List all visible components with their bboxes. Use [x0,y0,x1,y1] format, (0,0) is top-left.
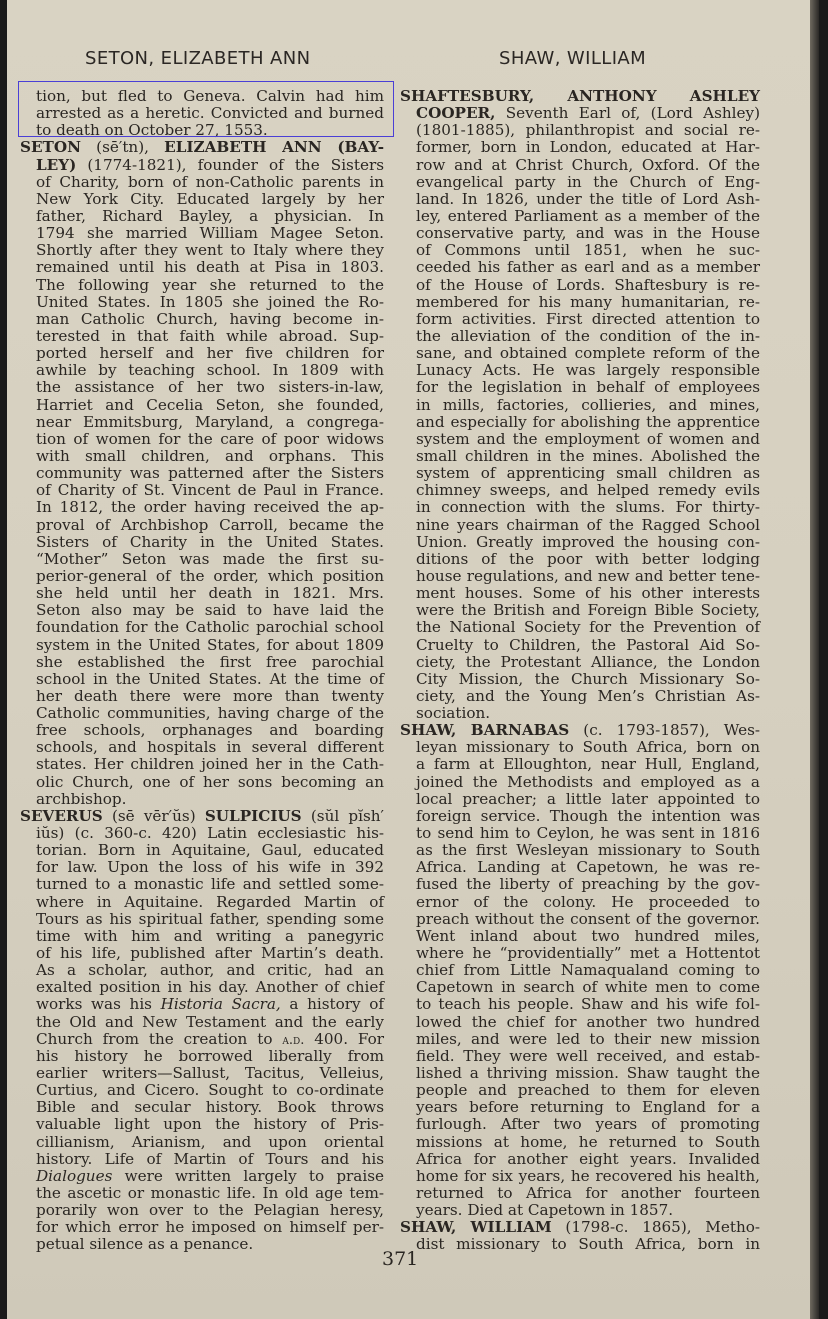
text-line: The following year she returned to the [20,277,384,294]
entry-shaw-william: SHAW, WILLIAM (1798-c. 1865), Metho- dis… [400,1219,760,1253]
text-line: foreign service. Though the intention wa… [400,808,760,825]
text-line: COOPER, Seventh Earl of, (Lord Ashley) [400,105,760,122]
text-line: chief from Little Namaqualand coming to [400,962,760,979]
text-line: exalted position in his day. Another of … [20,979,384,996]
text-line: in connection with the slums. For thirty… [400,499,760,516]
text-line: with small children, and orphans. This [20,448,384,465]
text-line: her death there were more than twenty [20,688,384,705]
text-line: Went inland about two hundred miles, [400,928,760,945]
entry-headword: SETON [20,138,81,156]
page-number: 371 [382,1248,418,1270]
text-line: missions at home, he returned to South [400,1134,760,1151]
entry-heading-line: SHAW, BARNABAS (c. 1793-1857), Wes- [400,722,760,739]
text-line: LEY) (1774-1821), founder of the Sisters [20,157,384,174]
text-line: of Charity of St. Vincent de Paul in Fra… [20,482,384,499]
entry-shaftesbury: SHAFTESBURY, ANTHONY ASHLEY COOPER, Seve… [400,88,760,722]
text-line: land. In 1826, under the title of Lord A… [400,191,760,208]
pronunciation: (sē′tn), [81,138,164,156]
highlighted-continuation: tion, but fled to Geneva. Calvin had him… [20,88,384,139]
text-line: history. Life of Martin of Tours and his [20,1151,384,1168]
text-line: home for six years, he recovered his hea… [400,1168,760,1185]
text-line: archbishop. [20,791,384,808]
text-line: Church from the creation to a.d. 400. Fo… [20,1031,384,1048]
text-line: leyan missionary to South Africa, born o… [400,739,760,756]
text-line: of Charity, born of non-Catholic parents… [20,174,384,191]
text-line: system of apprenticing small children as [400,465,760,482]
text-line: Africa for another eight years. Invalide… [400,1151,760,1168]
text-line: man Catholic Church, having become in- [20,311,384,328]
text-line: nine years chairman of the Ragged School [400,517,760,534]
text-line: to send him to Ceylon, he was sent in 18… [400,825,760,842]
text-line: As a scholar, author, and critic, had an [20,962,384,979]
text-line: earlier writers—Sallust, Tacitus, Vellei… [20,1065,384,1082]
text-line: Cruelty to Children, the Pastoral Aid So… [400,637,760,654]
text-line: ment houses. Some of his other interests [400,585,760,602]
running-head-right: SHAW, WILLIAM [499,48,646,69]
text-line: were the British and Foreign Bible Socie… [400,602,760,619]
text-line: row and at Christ Church, Oxford. Of the [400,157,760,174]
text-line: where he “providentially” met a Hottento… [400,945,760,962]
entry-heading-line: SEVERUS (sē vēr′ŭs) SULPICIUS (sŭl pĭsh′ [20,808,384,825]
running-head-left: SETON, ELIZABETH ANN [85,48,310,69]
text-line: City Mission, the Church Missionary So- [400,671,760,688]
text-line: form activities. First directed attentio… [400,311,760,328]
text-line: Bible and secular history. Book throws [20,1099,384,1116]
text-line: (1801-1885), philanthropist and social r… [400,122,760,139]
entry-headword: SHAW, BARNABAS [400,721,569,739]
text-line: ciety, the Protestant Alliance, the Lond… [400,654,760,671]
text-line: Catholic communities, having charge of t… [20,705,384,722]
text-line: system in the United States, for about 1… [20,637,384,654]
text-line: lowed the chief for another two hundred [400,1014,760,1031]
text-line: foundation for the Catholic parochial sc… [20,619,384,636]
text-line: for the legislation in behalf of employe… [400,379,760,396]
text-line: “Mother” Seton was made the first su- [20,551,384,568]
text-line: sane, and obtained complete reform of th… [400,345,760,362]
text-line: valuable light upon the history of Pris- [20,1116,384,1133]
text-line: the Old and New Testament and the early [20,1014,384,1031]
era-abbrev: a.d. [282,1033,304,1048]
text-line: Curtius, and Cicero. Sought to co-ordina… [20,1082,384,1099]
text-line: ditions of the poor with better lodging [400,551,760,568]
text-line: for law. Upon the loss of his wife in 39… [20,859,384,876]
text-line: furlough. After two years of promoting [400,1116,760,1133]
text-line: fused the liberty of preaching by the go… [400,876,760,893]
book-title-dialogues: Dialogues [36,1167,112,1185]
text-line: Union. Greatly improved the housing con- [400,534,760,551]
text-line: former, born in London, educated at Har- [400,139,760,156]
entry-severus: SEVERUS (sē vēr′ŭs) SULPICIUS (sŭl pĭsh′… [20,808,384,1254]
text-line: free schools, orphanages and boarding [20,722,384,739]
text-line: conservative party, and was in the House [400,225,760,242]
text-line: returned to Africa for another fourteen [400,1185,760,1202]
text-line: father, Richard Bayley, a physician. In [20,208,384,225]
text-line: the alleviation of the condition of the … [400,328,760,345]
text-line: Seton also may be said to have laid the [20,602,384,619]
text-line: Tours as his spiritual father, spending … [20,911,384,928]
text-line: school in the United States. At the time… [20,671,384,688]
text-line: of Commons until 1851, when he suc- [400,242,760,259]
text-line: ernor of the colony. He proceeded to [400,894,760,911]
text-line: turned to a monastic life and settled so… [20,876,384,893]
text-line: In 1812, the order having received the a… [20,499,384,516]
entry-heading-line: SHAFTESBURY, ANTHONY ASHLEY [400,88,760,105]
text-line: of his life, published after Martin’s de… [20,945,384,962]
text-line: system and the employment of women and [400,431,760,448]
page-edge-shadow [810,0,819,1319]
text-line: the National Society for the Prevention … [400,619,760,636]
text-line: cillianism, Arianism, and upon oriental [20,1134,384,1151]
entry-headword: SHAW, WILLIAM [400,1218,552,1236]
book-title-historia-sacra: Historia Sacra, [161,995,281,1013]
text-line: ceeded his father as earl and as a membe… [400,259,760,276]
text-line: she established the first free parochial [20,654,384,671]
text-line: as the first Wesleyan missionary to Sout… [400,842,760,859]
text-line: proval of Archbishop Carroll, became the [20,517,384,534]
text-line: and especially for abolishing the appren… [400,414,760,431]
pronunciation: (sē vēr′ŭs) [103,807,205,825]
text-line: ley, entered Parliament as a member of t… [400,208,760,225]
text-line: the assistance of her two sisters-in-law… [20,379,384,396]
text-line: chimney sweeps, and helped remedy evils [400,482,760,499]
text-line: iŭs) (c. 360-c. 420) Latin ecclesiastic … [20,825,384,842]
text-line: years. Died at Capetown in 1857. [400,1202,760,1219]
text-line: preach without the consent of the govern… [400,911,760,928]
entry-shaw-barnabas: SHAW, BARNABAS (c. 1793-1857), Wes- leya… [400,722,760,1219]
text-line: of the House of Lords. Shaftesbury is re… [400,277,760,294]
text-line: she held until her death in 1821. Mrs. [20,585,384,602]
text-line: membered for his many humanitarian, re- [400,294,760,311]
text-line: torian. Born in Aquitaine, Gaul, educate… [20,842,384,859]
text-line: perior-general of the order, which posit… [20,568,384,585]
text-line: people and preached to them for eleven [400,1082,760,1099]
text-line: Lunacy Acts. He was largely responsible [400,362,760,379]
text-line: Shortly after they went to Italy where t… [20,242,384,259]
text-line: near Emmitsburg, Maryland, a congrega- [20,414,384,431]
text-line: Capetown in search of white men to come [400,979,760,996]
text-line: local preacher; a little later appointed… [400,791,760,808]
text-line: field. They were well received, and esta… [400,1048,760,1065]
text-line: small children in the mines. Abolished t… [400,448,760,465]
text-line: to death on October 27, 1553. [20,122,384,139]
text-line: terested in that faith while abroad. Sup… [20,328,384,345]
text-line: remained until his death at Pisa in 1803… [20,259,384,276]
text-line: joined the Methodists and employed as a [400,774,760,791]
text-line: petual silence as a penance. [20,1236,384,1253]
text-line: Africa. Landing at Capetown, he was re- [400,859,760,876]
text-line: where in Aquitaine. Regarded Martin of [20,894,384,911]
text-line: tion, but fled to Geneva. Calvin had him [20,88,384,105]
text-line: community was patterned after the Sister… [20,465,384,482]
text-line: United States. In 1805 she joined the Ro… [20,294,384,311]
text-line: dist missionary to South Africa, born in [400,1236,760,1253]
text-line: Harriet and Cecelia Seton, she founded, [20,397,384,414]
entry-headword: SEVERUS [20,807,103,825]
entry-heading-line: SHAW, WILLIAM (1798-c. 1865), Metho- [400,1219,760,1236]
text-line: Sisters of Charity in the United States. [20,534,384,551]
book-page: SETON, ELIZABETH ANN SHAW, WILLIAM tion,… [7,0,819,1319]
text-line: ciety, and the Young Men’s Christian As- [400,688,760,705]
text-line: New York City. Educated largely by her [20,191,384,208]
text-line: porarily won over to the Pelagian heresy… [20,1202,384,1219]
text-line: arrested as a heretic. Convicted and bur… [20,105,384,122]
text-line: in mills, factories, collieries, and min… [400,397,760,414]
left-column: tion, but fled to Geneva. Calvin had him… [20,88,384,1254]
text-line: evangelical party in the Church of Eng- [400,174,760,191]
text-line: to teach his people. Shaw and his wife f… [400,996,760,1013]
text-line: house regulations, and new and better te… [400,568,760,585]
text-line: 1794 she married William Magee Seton. [20,225,384,242]
right-column: SHAFTESBURY, ANTHONY ASHLEY COOPER, Seve… [400,88,760,1254]
text-line: miles, and were led to their new mission [400,1031,760,1048]
text-line: the ascetic or monastic life. In old age… [20,1185,384,1202]
text-line: a farm at Elloughton, near Hull, England… [400,756,760,773]
text-line: for which error he imposed on himself pe… [20,1219,384,1236]
text-line: ported herself and her five children for [20,345,384,362]
text-line: tion of women for the care of poor widow… [20,431,384,448]
entry-headword-rest: ELIZABETH ANN (BAY- [164,138,384,156]
text-line: sociation. [400,705,760,722]
text-line: schools, and hospitals in several differ… [20,739,384,756]
entry-heading-line: SETON (sē′tn), ELIZABETH ANN (BAY- [20,139,384,156]
text-line: years before returning to England for a [400,1099,760,1116]
text-line: olic Church, one of her sons becoming an [20,774,384,791]
text-line: works was his Historia Sacra, a history … [20,996,384,1013]
pronunciation-2: (sŭl pĭsh′ [302,807,384,825]
text-line: Dialogues were written largely to praise [20,1168,384,1185]
text-line: time with him and writing a panegyric [20,928,384,945]
entry-seton: SETON (sē′tn), ELIZABETH ANN (BAY- LEY) … [20,139,384,807]
text-line: lished a thriving mission. Shaw taught t… [400,1065,760,1082]
text-line: his history he borrowed liberally from [20,1048,384,1065]
text-line: awhile by teaching school. In 1809 with [20,362,384,379]
entry-headword-2: SULPICIUS [205,807,302,825]
text-line: states. Her children joined her in the C… [20,756,384,773]
